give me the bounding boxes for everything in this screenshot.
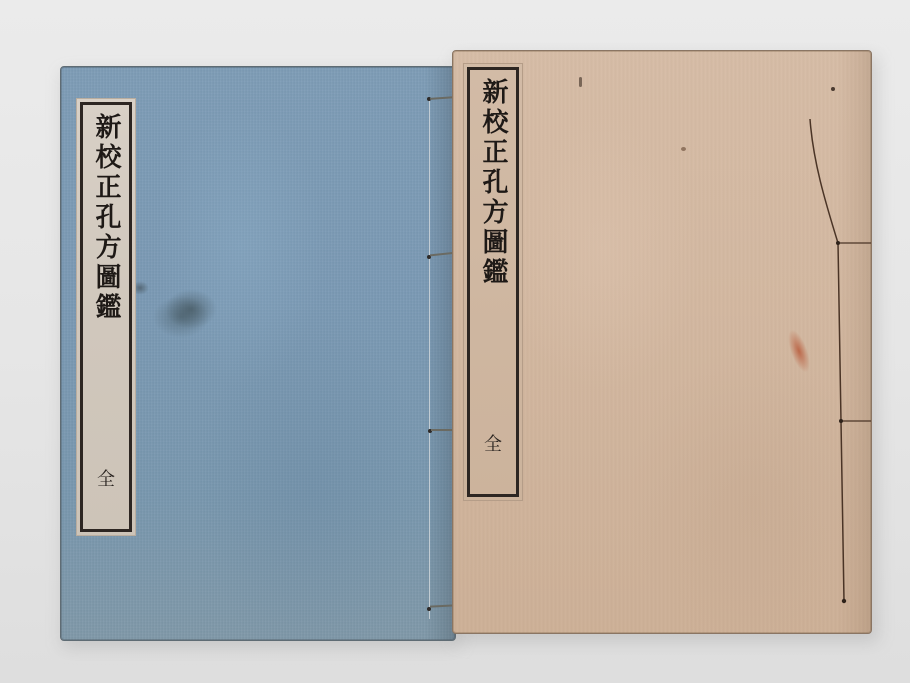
left-book-title: 新校正孔方圖鑑 [93,113,119,323]
photo-scene: 新校正孔方圖鑑 全 新校正孔方圖鑑 全 [0,0,910,683]
right-book-stitching [453,51,872,634]
left-book-volume-mark: 全 [83,465,129,491]
left-book-title-frame: 新校正孔方圖鑑 全 [80,102,132,532]
left-book-title-slip: 新校正孔方圖鑑 全 [76,98,136,536]
right-book-tan-cover: 新校正孔方圖鑑 全 [452,50,872,634]
left-book-stain [165,289,217,329]
left-book-blue-cover: 新校正孔方圖鑑 全 [60,66,456,641]
left-book-stitch-hole-4 [427,607,431,611]
left-book-stitch-thread [429,99,430,619]
